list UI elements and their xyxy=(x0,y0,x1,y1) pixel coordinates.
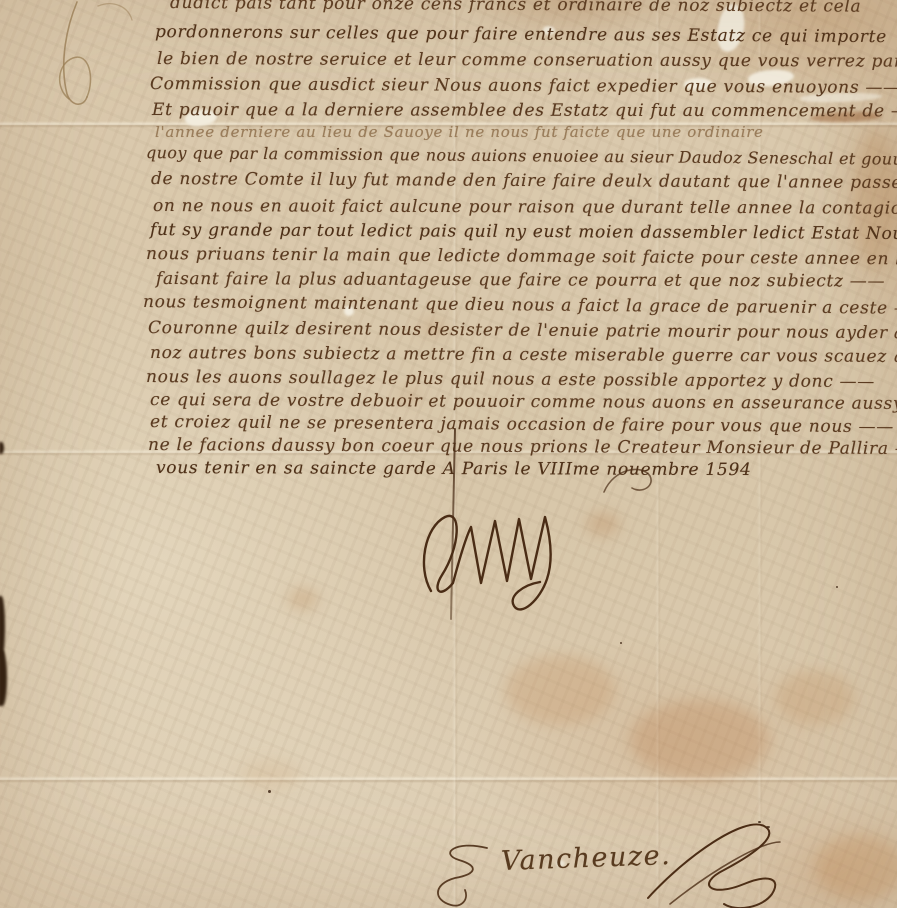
countersignature-initial-flourish xyxy=(425,838,510,908)
manuscript-photo: { "document": { "kind": "handwritten-let… xyxy=(0,0,897,908)
text-line: faisant faire la plus aduantageuse que f… xyxy=(156,269,885,292)
ink-speck xyxy=(620,642,622,644)
date-tail-flourish xyxy=(600,462,655,498)
text-line: ne le facions daussy bon coeur que nous … xyxy=(148,435,897,459)
stain xyxy=(775,670,855,725)
stain xyxy=(240,760,300,790)
text-line: fut sy grande par tout ledict pais quil … xyxy=(150,220,897,244)
text-line: Et pauoir que a la derniere assemblee de… xyxy=(152,100,897,121)
ink-speck xyxy=(268,790,271,793)
stain xyxy=(815,835,897,900)
henry-signature xyxy=(415,495,605,625)
margin-paraph-flourish xyxy=(35,0,130,112)
text-line: l'annee derniere au lieu de Sauoye il ne… xyxy=(155,123,764,141)
text-line: de nostre Comte il luy fut mande den fai… xyxy=(151,169,897,193)
stain xyxy=(630,700,770,780)
text-line: Commission que ausdict sieur Nous auons … xyxy=(150,74,897,98)
text-line: on ne nous en auoit faict aulcune pour r… xyxy=(153,196,897,219)
stain xyxy=(288,588,318,610)
text-line: le bien de nostre seruice et leur comme … xyxy=(157,49,897,72)
text-line: ce qui sera de vostre debuoir et pouuoir… xyxy=(150,390,897,414)
stain xyxy=(505,655,615,725)
ink-speck xyxy=(836,586,838,588)
countersignature-paraph xyxy=(640,812,790,908)
